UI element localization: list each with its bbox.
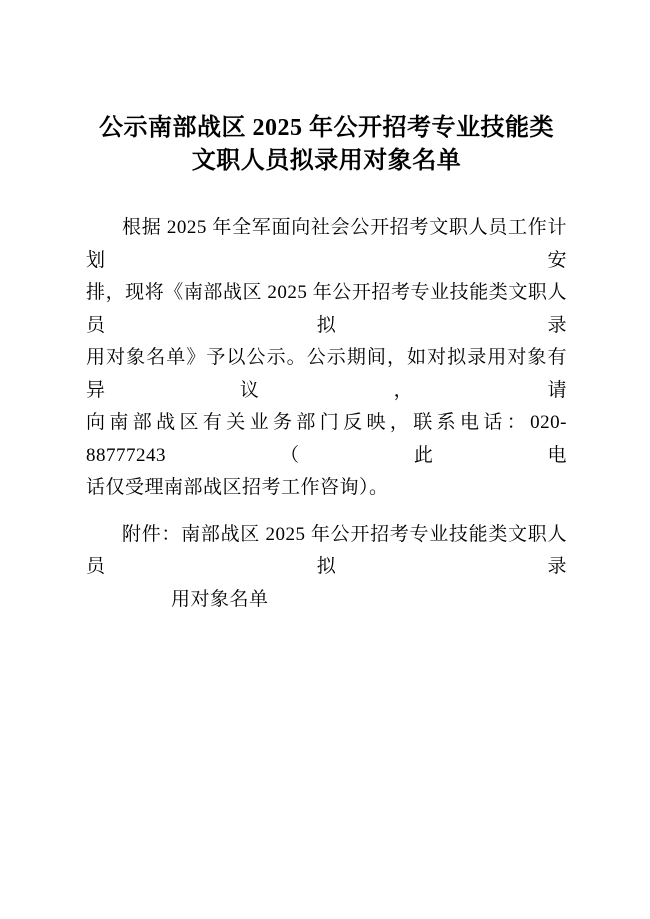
- body-line: 根据 2025 年全军面向社会公开招考文职人员工作计划安: [86, 212, 567, 277]
- document-title: 公示南部战区 2025 年公开招考专业技能类 文职人员拟录用对象名单: [86, 112, 567, 178]
- attachment-note: 附件：南部战区 2025 年公开招考专业技能类文职人员拟录 用对象名单: [86, 519, 567, 617]
- attachment-line: 用对象名单: [171, 584, 567, 617]
- document-title-line-1: 公示南部战区 2025 年公开招考专业技能类: [86, 112, 567, 145]
- body-line: 排，现将《南部战区 2025 年公开招考专业技能类文职人员拟录: [86, 277, 567, 342]
- body-line: 向南部战区有关业务部门反映，联系电话：020-88777243（此电: [86, 407, 567, 472]
- document-page: 公示南部战区 2025 年公开招考专业技能类 文职人员拟录用对象名单 根据 20…: [0, 0, 650, 919]
- document-body-paragraph: 根据 2025 年全军面向社会公开招考文职人员工作计划安 排，现将《南部战区 2…: [86, 212, 567, 505]
- body-line: 话仅受理南部战区招考工作咨询）。: [86, 472, 567, 505]
- body-line: 用对象名单》予以公示。公示期间，如对拟录用对象有异议，请: [86, 342, 567, 407]
- document-title-line-2: 文职人员拟录用对象名单: [86, 145, 567, 178]
- attachment-line: 附件：南部战区 2025 年公开招考专业技能类文职人员拟录: [86, 519, 567, 584]
